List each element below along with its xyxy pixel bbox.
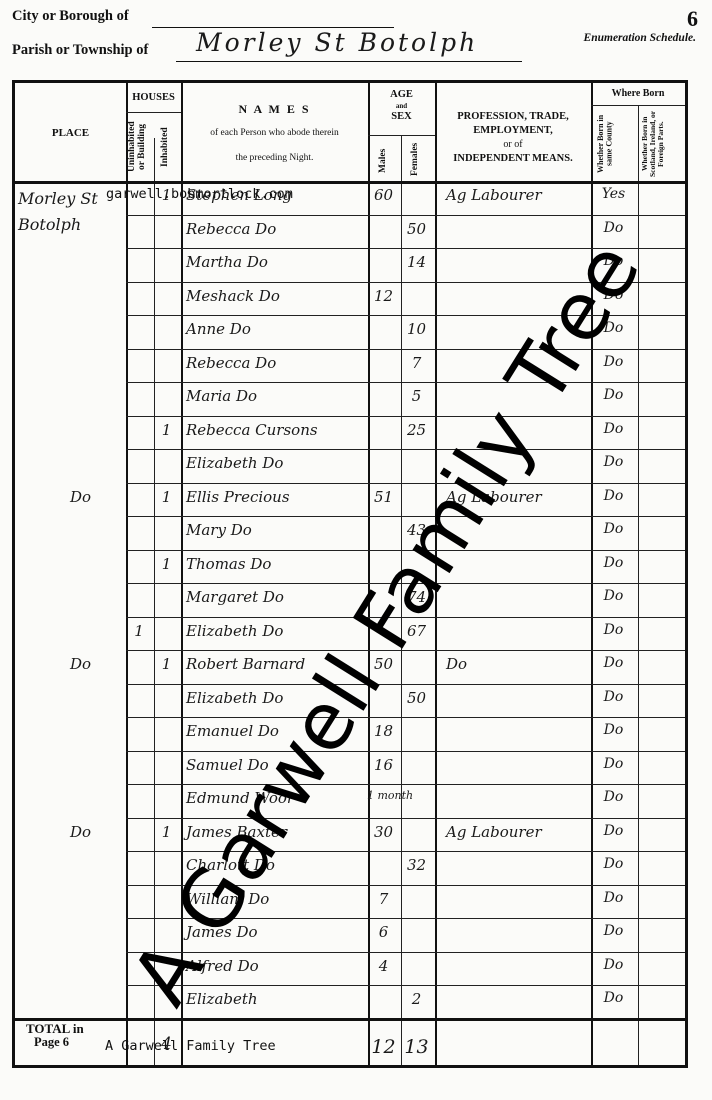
cell-male: 50 — [367, 655, 400, 673]
cell-same-county: Do — [590, 555, 637, 571]
cell-same-county: Do — [590, 454, 637, 470]
col-uninhabited: Uninhabited or Building — [128, 116, 154, 178]
col-names-title: N A M E S — [181, 103, 368, 117]
cell-same-county: Do — [590, 722, 637, 738]
row-rule — [126, 684, 685, 685]
page-number: 6 — [687, 6, 698, 32]
row-rule — [126, 416, 685, 417]
cell-same-county: Do — [590, 689, 637, 705]
row-rule — [126, 818, 685, 819]
row-rule — [126, 717, 685, 718]
cell-name: James Do — [186, 923, 366, 941]
row-rule — [126, 550, 685, 551]
cell-name: Rebecca Cursons — [186, 421, 366, 439]
row-rule — [126, 617, 685, 618]
cell-same-county: Do — [590, 923, 637, 939]
total-page-label: Page 6 — [26, 1036, 84, 1050]
total-label-text: TOTAL in — [26, 1021, 84, 1036]
cell-male: 60 — [367, 186, 400, 204]
cell-name: Elizabeth Do — [186, 454, 366, 472]
cell-name: Elizabeth Do — [186, 622, 366, 640]
row-rule — [126, 215, 685, 216]
cell-same-county: Do — [590, 990, 637, 1006]
total-males: 12 — [367, 1036, 400, 1058]
cell-inhabited: 1 — [153, 555, 180, 573]
cell-female: 2 — [400, 990, 433, 1008]
row-rule — [126, 952, 685, 953]
cell-profession: Do — [446, 655, 588, 673]
cell-same-county: Do — [590, 622, 637, 638]
row-rule — [126, 349, 685, 350]
cell-name: Anne Do — [186, 320, 366, 338]
cell-profession: Ag Labourer — [446, 823, 588, 841]
col-age-sex: SEX — [368, 111, 435, 123]
cell-name: Ellis Precious — [186, 488, 366, 506]
row-rule — [126, 248, 685, 249]
row-rule — [126, 851, 685, 852]
cell-name: Emanuel Do — [186, 722, 366, 740]
parish-value: Morley St Botolph — [196, 28, 478, 57]
cell-male: 12 — [367, 287, 400, 305]
cell-name: Samuel Do — [186, 756, 366, 774]
cell-name: Edmund Woor — [186, 789, 366, 807]
row-rule — [126, 650, 685, 651]
cell-name: Robert Barnard — [186, 655, 366, 673]
col-profession-2: EMPLOYMENT, — [435, 125, 591, 137]
divider-houses — [154, 138, 155, 1065]
cell-inhabited: 1 — [153, 488, 180, 506]
total-label: TOTAL in Page 6 — [26, 1022, 84, 1050]
cell-name: Charlott Do — [186, 856, 366, 874]
cell-same-county: Do — [590, 957, 637, 973]
col-houses: HOUSES — [126, 92, 181, 104]
parish-label: Parish or Township of — [12, 42, 148, 59]
cell-male: 7 — [367, 890, 400, 908]
cell-male: 51 — [367, 488, 400, 506]
cell-place: Do — [18, 488, 162, 506]
cell-same-county: Do — [590, 287, 637, 303]
row-rule — [126, 784, 685, 785]
row-rule — [126, 282, 685, 283]
cell-name: Rebecca Do — [186, 354, 366, 372]
col-females: Females — [411, 139, 425, 179]
row-rule — [126, 885, 685, 886]
header-bottom-rule — [15, 181, 685, 184]
cell-name: William Do — [186, 890, 366, 908]
city-label: City or Borough of — [12, 8, 129, 25]
cell-profession: Ag Labourer — [446, 186, 588, 204]
cell-female: 7 — [400, 354, 433, 372]
row-rule — [126, 382, 685, 383]
cell-name: Elizabeth Do — [186, 689, 366, 707]
cell-same-county: Do — [590, 890, 637, 906]
col-profession-3: or of — [435, 139, 591, 151]
row-rule — [126, 918, 685, 919]
cell-name: Martha Do — [186, 253, 366, 271]
cell-same-county: Do — [590, 421, 637, 437]
row-rule — [126, 751, 685, 752]
col-males: Males — [379, 143, 393, 179]
cell-uninhabited: 1 — [125, 622, 153, 640]
cell-same-county: Do — [590, 823, 637, 839]
row-rule — [126, 985, 685, 986]
cell-same-county: Do — [590, 856, 637, 872]
col-profession-1: PROFESSION, TRADE, — [435, 111, 591, 123]
cell-male: 1 month — [367, 789, 400, 802]
cell-female: 67 — [400, 622, 433, 640]
cell-same-county: Do — [590, 521, 637, 537]
col-names-sub2: the preceding Night. — [181, 153, 368, 164]
cell-same-county: Do — [590, 387, 637, 403]
cell-same-county: Yes — [590, 186, 637, 202]
cell-name: Mary Do — [186, 521, 366, 539]
watermark-url: garwell.bobmortlock.com — [106, 186, 293, 202]
cell-name: Margaret Do — [186, 588, 366, 606]
cell-same-county: Do — [590, 253, 637, 269]
cell-same-county: Do — [590, 488, 637, 504]
cell-same-county: Do — [590, 220, 637, 236]
col-scotland: Whether Born in Scotland, Ireland, or Fo… — [641, 109, 683, 179]
cell-female: 32 — [400, 856, 433, 874]
cell-inhabited: 1 — [153, 823, 180, 841]
born-rule — [591, 105, 685, 106]
col-profession-4: INDEPENDENT MEANS. — [435, 153, 591, 165]
cell-same-county: Do — [590, 789, 637, 805]
cell-male: 4 — [367, 957, 400, 975]
cell-same-county: Do — [590, 655, 637, 671]
col-where-born: Where Born — [591, 88, 685, 100]
cell-profession: Ag Labourer — [446, 488, 588, 506]
col-place: PLACE — [15, 127, 126, 140]
cell-inhabited: 1 — [153, 421, 180, 439]
row-rule — [126, 516, 685, 517]
cell-place: Morley St Botolph — [18, 186, 110, 237]
col-names-sub1: of each Person who abode therein — [181, 128, 368, 139]
cell-name: Elizabeth — [186, 990, 366, 1008]
cell-female: 43 — [400, 521, 433, 539]
cell-place: Do — [18, 823, 162, 841]
cell-female: 14 — [400, 253, 433, 271]
watermark-footer: A Garwell Family Tree — [105, 1038, 276, 1054]
total-row-rule — [15, 1018, 685, 1021]
cell-name: Rebecca Do — [186, 220, 366, 238]
cell-place: Do — [18, 655, 162, 673]
cell-male: 30 — [367, 823, 400, 841]
divider-born-sub — [638, 105, 639, 1065]
cell-male: 18 — [367, 722, 400, 740]
col-age-title: AGE — [368, 89, 435, 101]
total-females: 13 — [400, 1036, 433, 1058]
cell-female: 25 — [400, 421, 433, 439]
cell-name: Thomas Do — [186, 555, 366, 573]
cell-same-county: Do — [590, 588, 637, 604]
cell-same-county: Do — [590, 320, 637, 336]
cell-same-county: Do — [590, 354, 637, 370]
row-rule — [126, 583, 685, 584]
cell-female: 74 — [400, 588, 433, 606]
cell-name: Alfred Do — [186, 957, 366, 975]
cell-name: Maria Do — [186, 387, 366, 405]
cell-inhabited: 1 — [153, 655, 180, 673]
col-inhabited: Inhabited — [161, 116, 175, 178]
cell-female: 50 — [400, 220, 433, 238]
cell-name: Meshack Do — [186, 287, 366, 305]
parish-rule — [176, 61, 522, 62]
cell-name: James Baxter — [186, 823, 366, 841]
cell-male: 16 — [367, 756, 400, 774]
row-rule — [126, 449, 685, 450]
cell-female: 10 — [400, 320, 433, 338]
cell-female: 50 — [400, 689, 433, 707]
houses-rule — [126, 112, 181, 113]
schedule-label: Enumeration Schedule. — [584, 32, 696, 44]
cell-female: 5 — [400, 387, 433, 405]
col-same-county: Whether Born in same County — [597, 109, 633, 179]
cell-same-county: Do — [590, 756, 637, 772]
row-rule — [126, 315, 685, 316]
col-age-and: and — [368, 102, 435, 110]
row-rule — [126, 483, 685, 484]
age-rule — [368, 135, 435, 136]
cell-male: 6 — [367, 923, 400, 941]
